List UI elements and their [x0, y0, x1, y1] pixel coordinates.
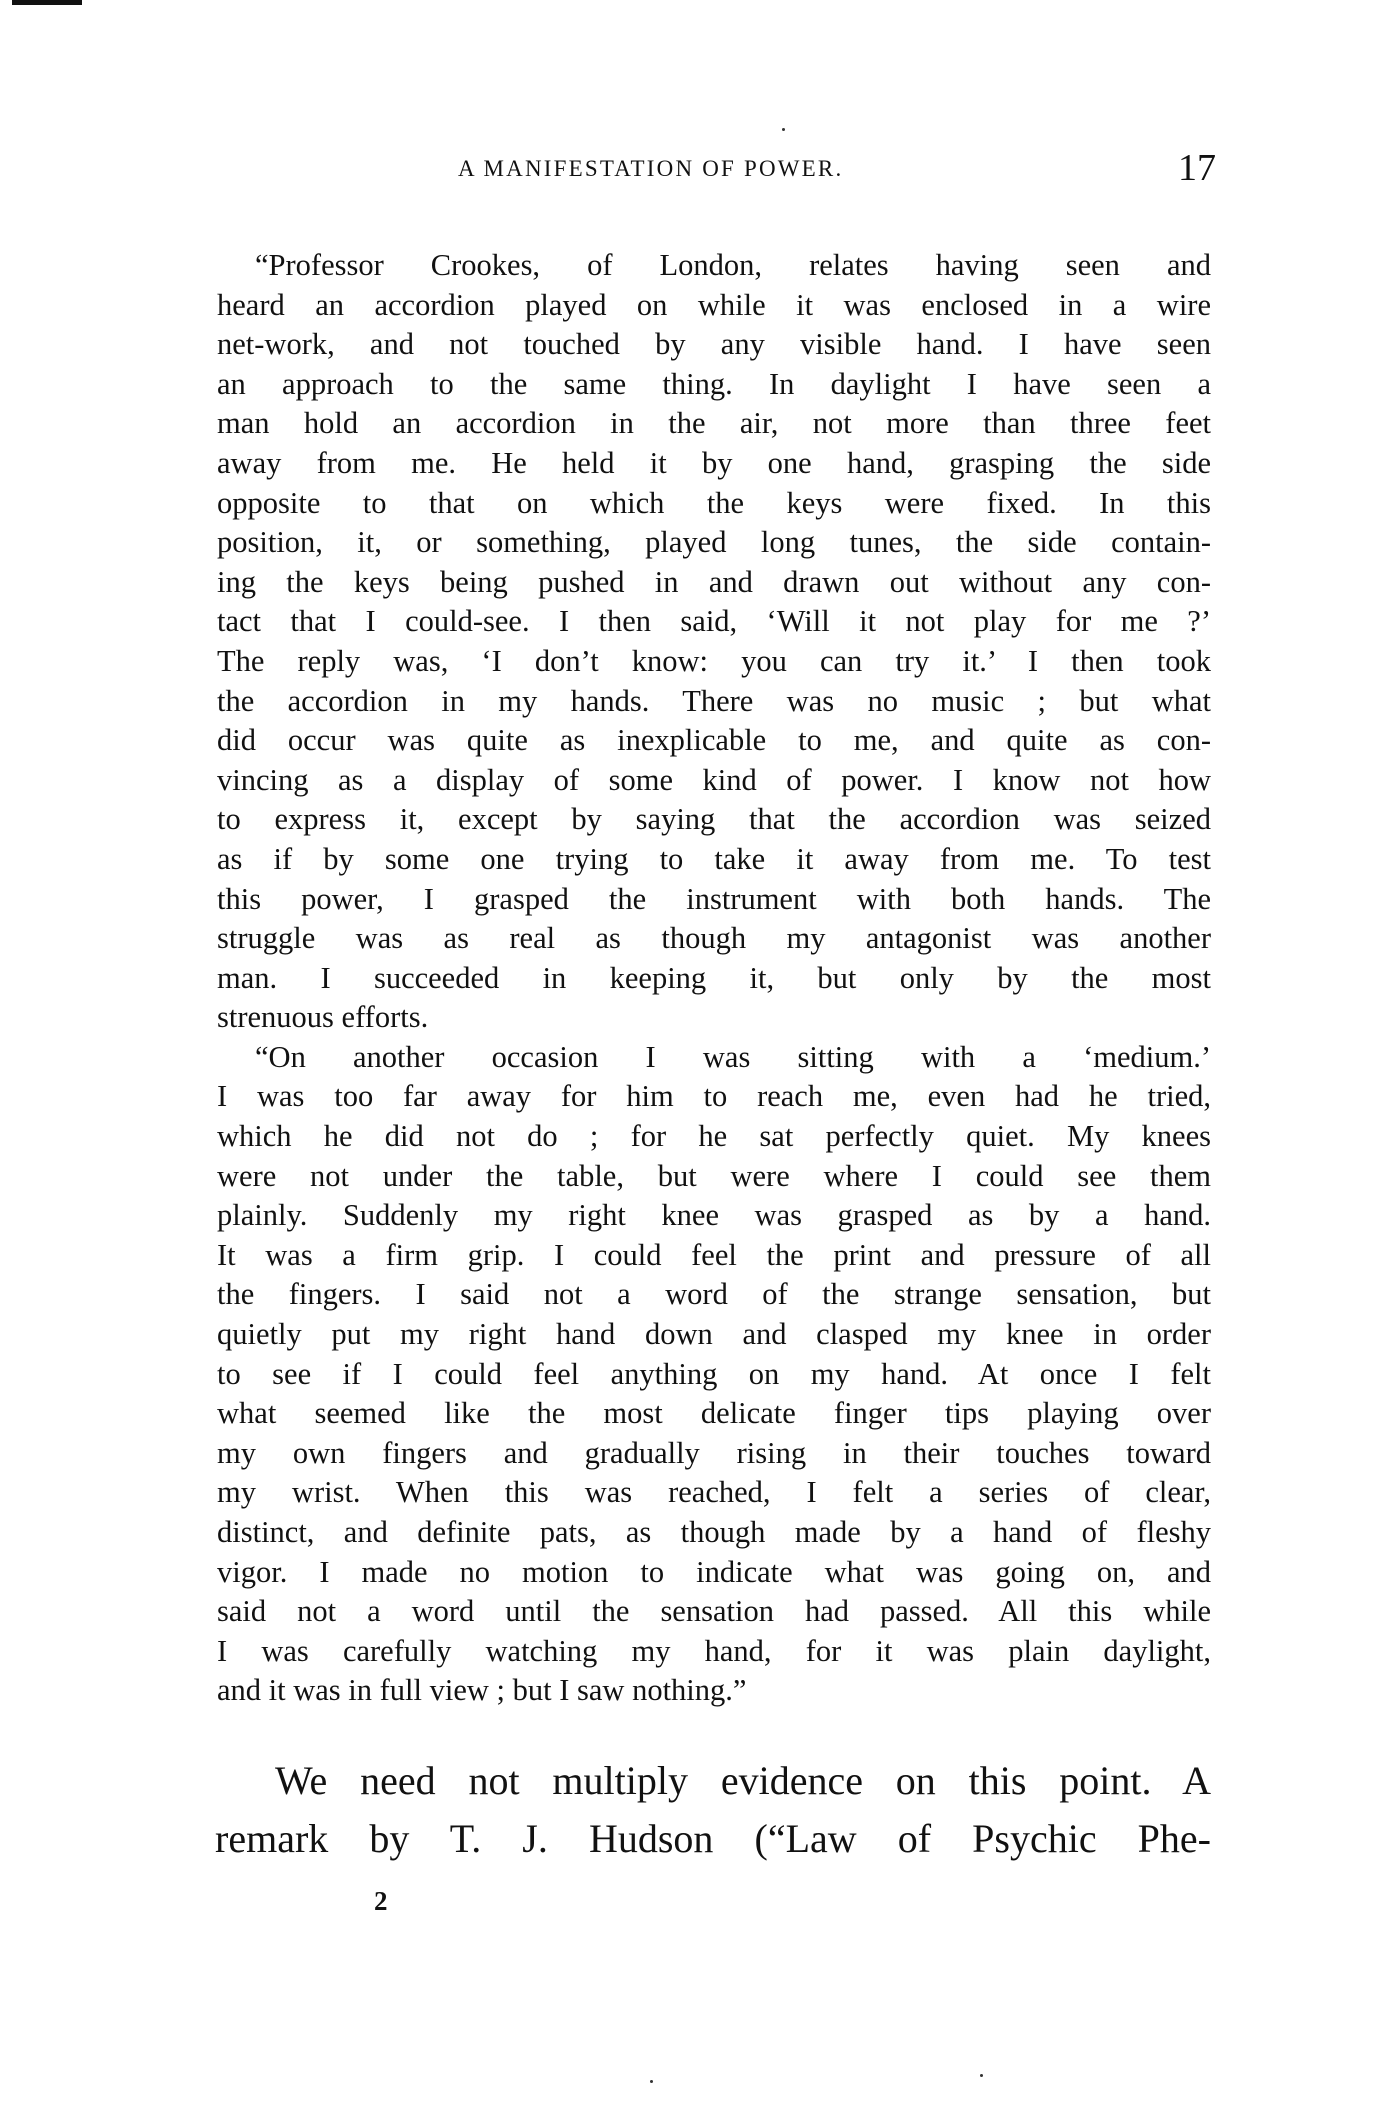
text-line: which he did not do ; for he sat perfect…	[217, 1117, 1211, 1157]
text-line: I was too far away for him to reach me, …	[217, 1077, 1211, 1117]
text-line: The reply was, ‘I don’t know: you can tr…	[217, 642, 1211, 682]
text-line: distinct, and definite pats, as though m…	[217, 1513, 1211, 1553]
text-line: were not under the table, but were where…	[217, 1157, 1211, 1197]
text-line: position, it, or something, played long …	[217, 523, 1211, 563]
text-line: struggle was as real as though my antago…	[217, 919, 1211, 959]
text-line: We need not multiply evidence on this po…	[215, 1752, 1211, 1810]
text-line: said not a word until the sensation had …	[217, 1592, 1211, 1632]
text-line: what seemed like the most delicate finge…	[217, 1394, 1211, 1434]
text-line: vincing as a display of some kind of pow…	[217, 761, 1211, 801]
text-line: away from me. He held it by one hand, gr…	[217, 444, 1211, 484]
text-line: the fingers. I said not a word of the st…	[217, 1275, 1211, 1315]
print-speck	[650, 2080, 653, 2083]
text-line: as if by some one trying to take it away…	[217, 840, 1211, 880]
text-line: “Professor Crookes, of London, relates h…	[217, 246, 1211, 286]
text-line: this power, I grasped the instrument wit…	[217, 880, 1211, 920]
print-speck	[782, 128, 785, 131]
text-line: man hold an accordion in the air, not mo…	[217, 404, 1211, 444]
text-line: I was carefully watching my hand, for it…	[217, 1632, 1211, 1672]
text-line: plainly. Suddenly my right knee was gras…	[217, 1196, 1211, 1236]
page-number: 17	[1178, 146, 1216, 190]
main-text: We need not multiply evidence on this po…	[215, 1752, 1211, 1868]
print-speck	[980, 2074, 983, 2077]
signature-mark: 2	[374, 1886, 388, 1917]
text-line: my own fingers and gradually rising in t…	[217, 1434, 1211, 1474]
text-line: heard an accordion played on while it wa…	[217, 286, 1211, 326]
text-line: did occur was quite as inexplicable to m…	[217, 721, 1211, 761]
text-line: my wrist. When this was reached, I felt …	[217, 1473, 1211, 1513]
text-line: ing the keys being pushed in and drawn o…	[217, 563, 1211, 603]
text-line: and it was in full view ; but I saw noth…	[217, 1671, 1211, 1711]
text-line: It was a firm grip. I could feel the pri…	[217, 1236, 1211, 1276]
text-line: opposite to that on which the keys were …	[217, 484, 1211, 524]
text-line: vigor. I made no motion to indicate what…	[217, 1553, 1211, 1593]
scan-edge-mark	[12, 0, 82, 5]
text-line: strenuous efforts.	[217, 998, 1211, 1038]
text-line: to express it, except by saying that the…	[217, 800, 1211, 840]
text-line: net-work, and not touched by any visible…	[217, 325, 1211, 365]
text-line: tact that I could-see. I then said, ‘Wil…	[217, 602, 1211, 642]
running-title: A MANIFESTATION OF POWER.	[458, 156, 843, 182]
running-head: A MANIFESTATION OF POWER. 17	[0, 150, 1400, 190]
text-line: the accordion in my hands. There was no …	[217, 682, 1211, 722]
text-line: to see if I could feel anything on my ha…	[217, 1355, 1211, 1395]
text-line: quietly put my right hand down and clasp…	[217, 1315, 1211, 1355]
text-line: “On another occasion I was sitting with …	[217, 1038, 1211, 1078]
text-line: man. I succeeded in keeping it, but only…	[217, 959, 1211, 999]
text-line: remark by T. J. Hudson (“Law of Psychic …	[215, 1810, 1211, 1868]
text-line: an approach to the same thing. In daylig…	[217, 365, 1211, 405]
quoted-passage: “Professor Crookes, of London, relates h…	[217, 246, 1211, 1711]
